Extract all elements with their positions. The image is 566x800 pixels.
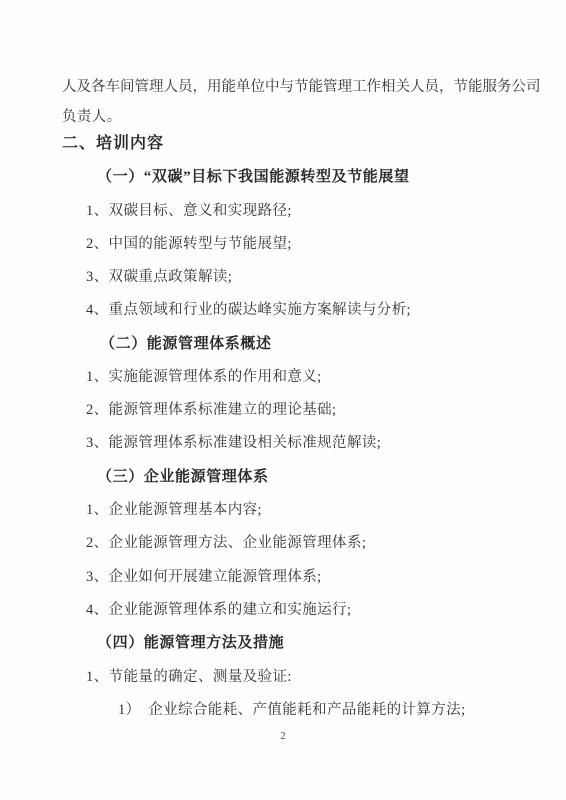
intro-paragraph-line-1: 人及各车间管理人员，用能单位中与节能管理工作相关人员，节能服务公司 xyxy=(62,79,510,96)
list-item: 3、双碳重点政策解读; xyxy=(86,269,232,286)
list-item: 2、中国的能源转型与节能展望; xyxy=(86,236,292,253)
subsection-title-2: （二）能源管理体系概述 xyxy=(100,336,272,353)
list-item: 1、节能量的确定、测量及验证: xyxy=(86,669,292,686)
list-item: 1、实施能源管理体系的作用和意义; xyxy=(86,369,322,386)
list-item: 3、能源管理体系标准建设相关标准规范解读; xyxy=(86,435,381,452)
list-item: 2、能源管理体系标准建立的理论基础; xyxy=(86,402,336,419)
section-heading-training-content: 二、培训内容 xyxy=(62,135,164,152)
list-item: 3、企业如何开展建立能源管理体系; xyxy=(86,569,322,586)
intro-paragraph-line-2: 负责人。 xyxy=(62,109,122,126)
list-item: 2、企业能源管理方法、企业能源管理体系; xyxy=(86,535,366,552)
list-item: 4、企业能源管理体系的建立和实施运行; xyxy=(86,602,351,619)
list-item: 1、企业能源管理基本内容; xyxy=(86,502,262,519)
list-item: 1、双碳目标、意义和实现路径; xyxy=(86,203,292,220)
subsection-title-1: （一）“双碳”目标下我国能源转型及节能展望 xyxy=(97,169,410,186)
sub-list-item: 1） 企业综合能耗、产值能耗和产品能耗的计算方法; xyxy=(118,702,466,719)
document-page: 人及各车间管理人员，用能单位中与节能管理工作相关人员，节能服务公司 负责人。 二… xyxy=(0,0,566,800)
subsection-title-3: （三）企业能源管理体系 xyxy=(97,469,269,486)
subsection-title-4: （四）能源管理方法及措施 xyxy=(97,635,284,652)
list-item: 4、重点领域和行业的碳达峰实施方案解读与分析; xyxy=(86,302,411,319)
page-number: 2 xyxy=(0,731,566,742)
